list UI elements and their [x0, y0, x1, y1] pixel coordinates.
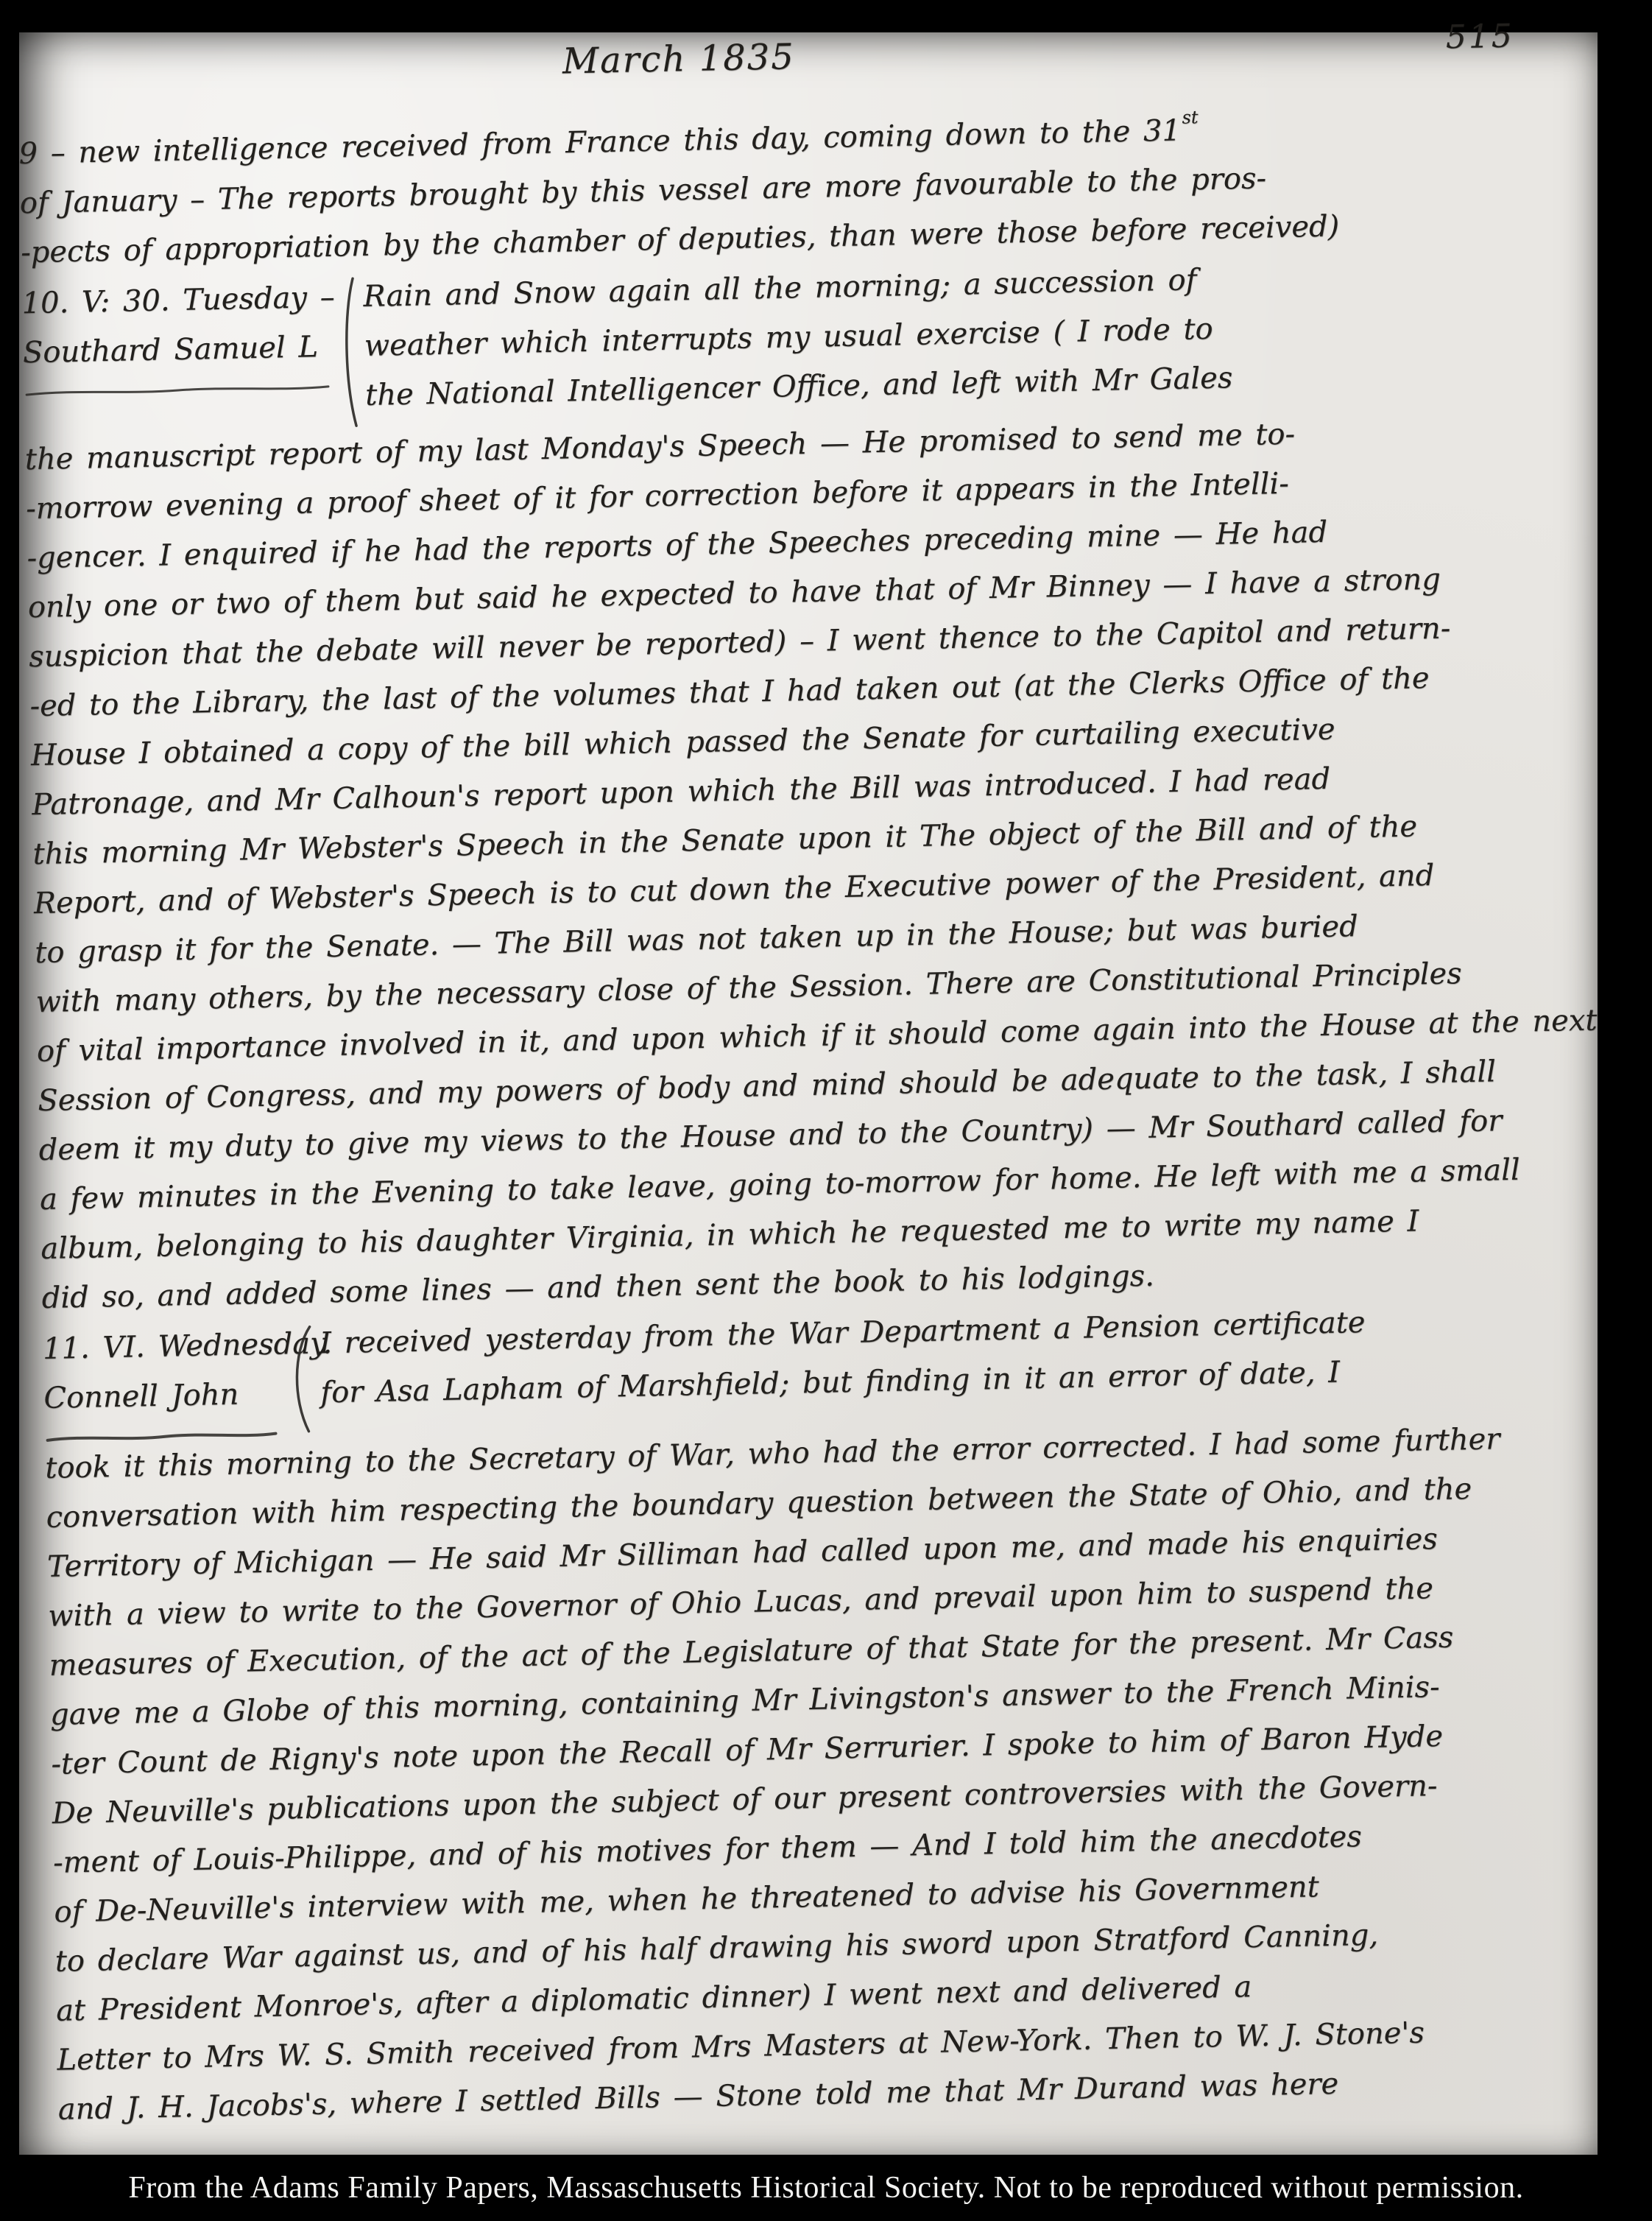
entry-person-label: Southard Samuel L: [22, 322, 339, 378]
copyright-caption: From the Adams Family Papers, Massaschus…: [128, 2170, 1523, 2206]
ordinal-superscript: st: [1182, 107, 1199, 127]
entry-heading-row: 10. V: 30. Tuesday – Southard Samuel L R…: [21, 248, 1563, 435]
entry-margin-heading: 10. V: 30. Tuesday – Southard Samuel L: [21, 272, 340, 398]
entry-person-label: Connell John: [43, 1369, 287, 1423]
page-number: 515: [1445, 17, 1514, 56]
margin-bracket: [338, 277, 360, 429]
diary-entry-march-10: 10. V: 30. Tuesday – Southard Samuel L R…: [21, 248, 1581, 1323]
margin-bracket: [286, 1323, 316, 1435]
header-month-year: March 1835: [562, 36, 795, 82]
entry-datetime-label: 10. V: 30. Tuesday –: [21, 272, 339, 328]
caption-band: From the Adams Family Papers, Massaschus…: [0, 2155, 1652, 2221]
manuscript-content: March 1835 515 9 – new intelligence rece…: [17, 21, 1597, 2134]
manuscript-page: March 1835 515 9 – new intelligence rece…: [19, 32, 1598, 2155]
diary-entry-march-9: 9 – new intelligence received from Franc…: [18, 85, 1560, 278]
diary-entry-march-11: 11. VI. Wednesday. Connell John I receiv…: [42, 1294, 1597, 2135]
entry-margin-heading: 11. VI. Wednesday. Connell John: [42, 1320, 287, 1444]
wavy-underline: [24, 382, 331, 398]
entry-datetime-label: 11. VI. Wednesday.: [42, 1320, 286, 1374]
entry-body-beside: Rain and Snow again all the morning; a s…: [363, 248, 1563, 420]
